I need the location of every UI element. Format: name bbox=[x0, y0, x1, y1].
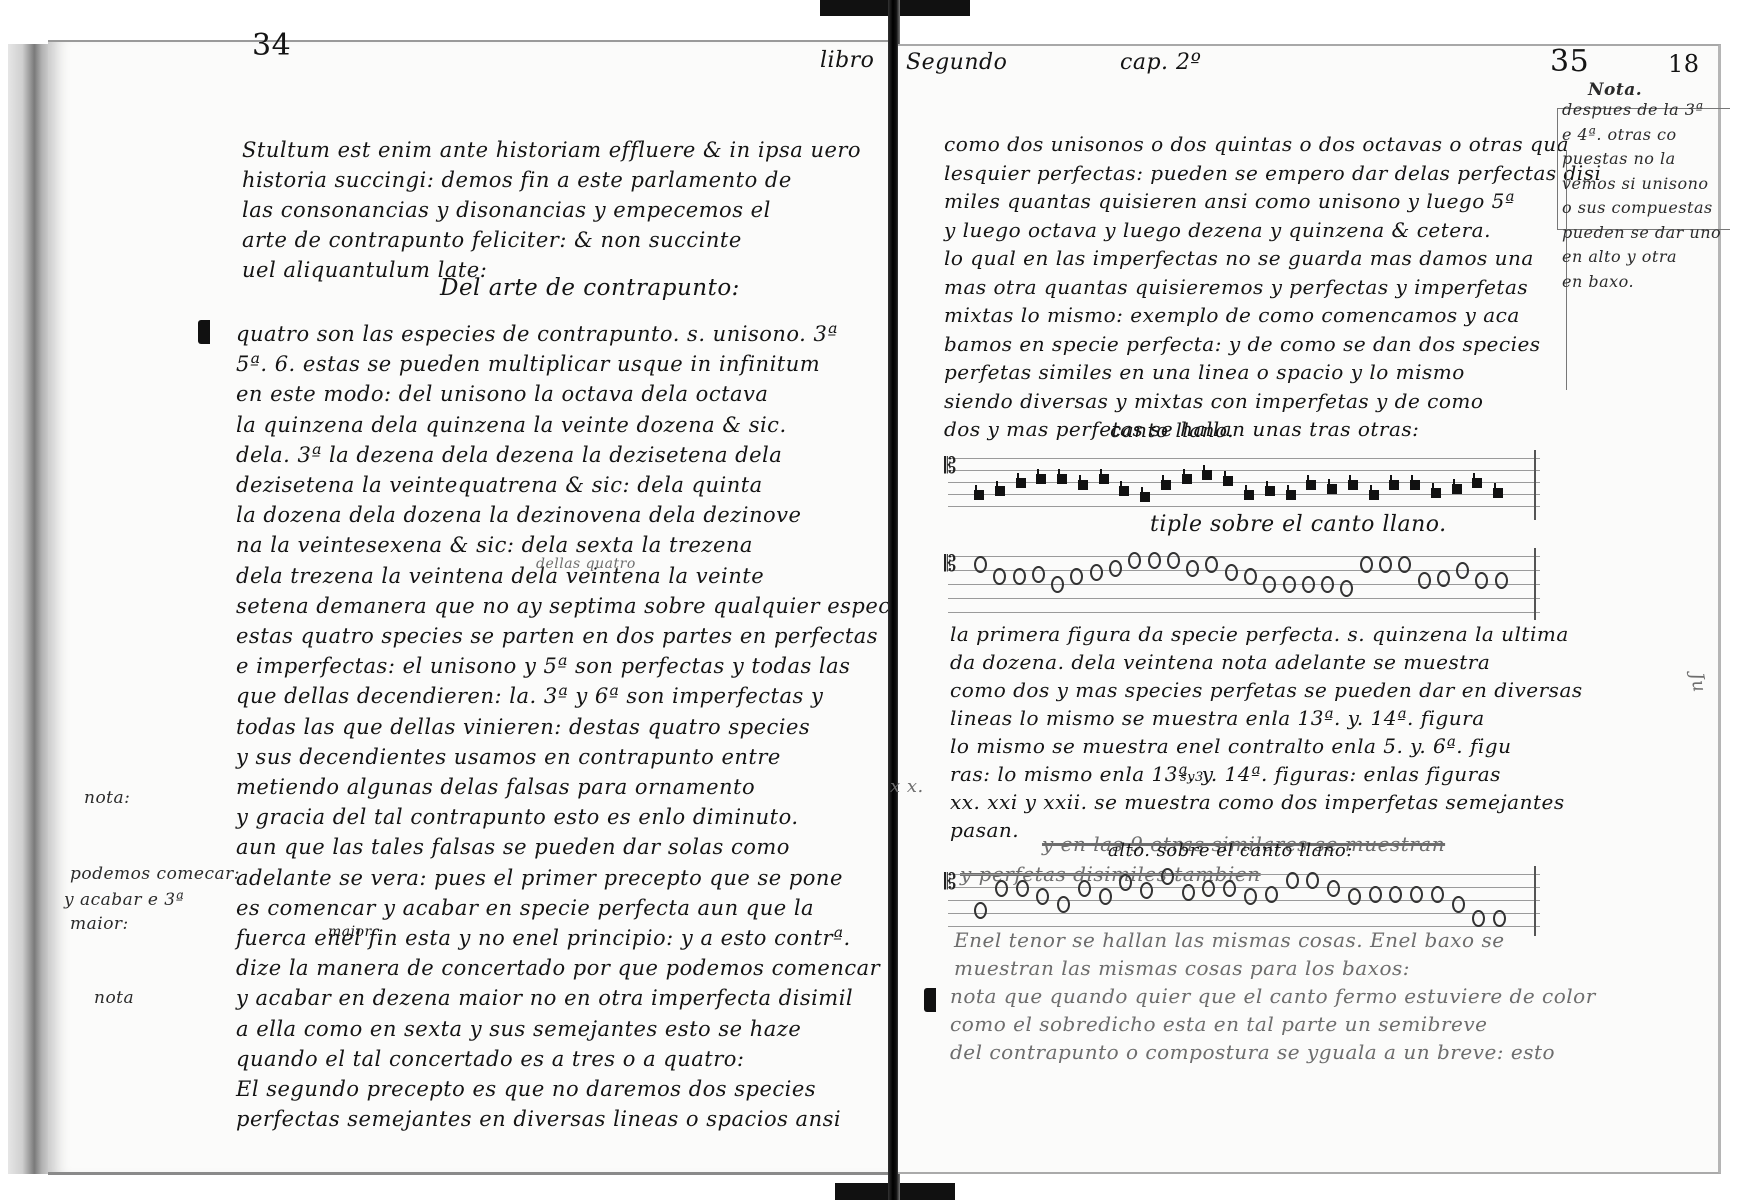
semibreve-note bbox=[1348, 888, 1361, 905]
semibreve-note bbox=[1418, 572, 1431, 589]
text-line: mixtas lo mismo: exemplo de como comenca… bbox=[944, 303, 1520, 327]
text-line: en este modo: del unisono la octava dela… bbox=[236, 382, 768, 406]
staff-line bbox=[948, 584, 1540, 585]
semibreve-note bbox=[1090, 564, 1103, 581]
breve-note bbox=[1369, 490, 1379, 500]
semibreve-note bbox=[1186, 560, 1199, 577]
right-running-head: Segundo bbox=[906, 50, 1007, 75]
staff-line bbox=[948, 506, 1540, 507]
margin-note: nota: bbox=[84, 788, 130, 808]
text-line: la primera figura da specie perfecta. s.… bbox=[950, 622, 1569, 646]
semibreve-note bbox=[1456, 562, 1469, 579]
semibreve-note bbox=[1263, 576, 1276, 593]
semibreve-note bbox=[1099, 888, 1112, 905]
text-line: da dozena. dela veintena nota adelante s… bbox=[950, 650, 1490, 674]
text-line: y acabar en dezena maior no en otra impe… bbox=[236, 986, 853, 1010]
breve-note bbox=[1099, 474, 1109, 484]
semibreve-note bbox=[1472, 910, 1485, 927]
breve-note bbox=[1119, 486, 1129, 496]
text-line: lo mismo se muestra enel contralto enla … bbox=[950, 734, 1511, 758]
semibreve-note bbox=[1475, 572, 1488, 589]
semibreve-note bbox=[1119, 874, 1132, 891]
breve-note bbox=[1286, 490, 1296, 500]
text-line: puestas no la bbox=[1562, 149, 1676, 168]
semibreve-note bbox=[1286, 872, 1299, 889]
staff-label-tiple: tiple sobre el canto llano. bbox=[1150, 512, 1447, 537]
final-barline bbox=[1534, 450, 1536, 520]
semibreve-note bbox=[1223, 880, 1236, 897]
text-line: nota que quando quier que el canto fermo… bbox=[950, 984, 1596, 1008]
text-line: adelante se vera: pues el primer precept… bbox=[236, 866, 843, 890]
right-folio-number: 35 bbox=[1550, 44, 1589, 79]
text-line: perfetas similes en una linea o spacio y… bbox=[944, 360, 1465, 384]
left-margin-mark: x x. bbox=[890, 776, 924, 797]
text-line: en baxo. bbox=[1562, 272, 1634, 291]
semibreve-note bbox=[1265, 886, 1278, 903]
text-line: a ella como en sexta y sus semejantes es… bbox=[236, 1017, 801, 1041]
interlinear-gloss: dellas quatro bbox=[536, 556, 636, 572]
semibreve-note bbox=[1140, 882, 1153, 899]
breve-note bbox=[974, 490, 984, 500]
paragraph-mark-right bbox=[924, 988, 936, 1012]
text-line: la dozena dela dozena la dezinovena dela… bbox=[236, 503, 801, 527]
staff-line bbox=[948, 874, 1540, 875]
paragraph-mark bbox=[198, 320, 210, 344]
text-line: metiendo algunas delas falsas para ornam… bbox=[236, 775, 755, 799]
staff-line bbox=[948, 458, 1540, 459]
final-barline bbox=[1534, 866, 1536, 936]
semibreve-note bbox=[974, 556, 987, 573]
bleed-through-mark: Ju bbox=[1686, 671, 1710, 694]
semibreve-note bbox=[1202, 880, 1215, 897]
manuscript-spread: 34 libro Stultum est enim ante historiam… bbox=[0, 0, 1744, 1200]
staff-line bbox=[948, 612, 1540, 613]
margin-note: nota bbox=[94, 988, 134, 1008]
semibreve-note bbox=[1225, 564, 1238, 581]
semibreve-note bbox=[1321, 576, 1334, 593]
staff-tiple: 𝄡 bbox=[948, 548, 1540, 620]
text-line: Stultum est enim ante historiam effluere… bbox=[242, 138, 861, 162]
staff-canto-llano: 𝄡 bbox=[948, 450, 1540, 520]
semibreve-note bbox=[1493, 910, 1506, 927]
interlinear-gloss-right: sy3 bbox=[1180, 770, 1204, 785]
semibreve-note bbox=[1032, 566, 1045, 583]
text-line: todas las que dellas vinieren: destas qu… bbox=[236, 715, 810, 739]
text-line: que dellas decendieren: la. 3ª y 6ª son … bbox=[236, 684, 823, 708]
text-line: dize la manera de concertado por que pod… bbox=[236, 956, 880, 980]
margin-note-title: Nota. bbox=[1588, 80, 1642, 100]
staff-line bbox=[948, 887, 1540, 888]
staff-line bbox=[948, 926, 1540, 927]
text-line: 5ª. 6. estas se pueden multiplicar usque… bbox=[236, 352, 820, 376]
text-line: miles quantas quisieren ansi como unison… bbox=[944, 189, 1515, 213]
text-line: lineas lo mismo se muestra enla 13ª. y. … bbox=[950, 706, 1485, 730]
semibreve-note bbox=[1495, 572, 1508, 589]
text-line: como el sobredicho esta en tal parte un … bbox=[950, 1012, 1488, 1036]
breve-note bbox=[1431, 488, 1441, 498]
text-line: dela trezena la veintena dela veintena l… bbox=[236, 564, 764, 588]
text-line: e imperfectas: el unisono y 5ª son perfe… bbox=[236, 654, 850, 678]
text-line: bamos en specie perfecta: y de como se d… bbox=[944, 332, 1541, 356]
text-line: las consonancias y disonancias y empecem… bbox=[242, 198, 771, 222]
semibreve-note bbox=[1302, 576, 1315, 593]
interlinear-gloss-maior: maior bbox=[328, 924, 372, 940]
foliation-number: 18 bbox=[1668, 50, 1700, 78]
semibreve-note bbox=[1327, 880, 1340, 897]
semibreve-note bbox=[1036, 888, 1049, 905]
semibreve-note bbox=[1128, 552, 1141, 569]
semibreve-note bbox=[1360, 556, 1373, 573]
semibreve-note bbox=[1244, 888, 1257, 905]
text-line: quatro son las especies de contrapunto. … bbox=[236, 322, 838, 346]
text-line: El segundo precepto es que no daremos do… bbox=[236, 1077, 816, 1101]
left-folio-number: 34 bbox=[252, 28, 291, 63]
breve-note bbox=[1472, 478, 1482, 488]
semibreve-note bbox=[993, 568, 1006, 585]
staff-line bbox=[948, 598, 1540, 599]
semibreve-note bbox=[1340, 580, 1353, 597]
text-line: xx. xxi y xxii. se muestra como dos impe… bbox=[950, 790, 1565, 814]
left-section-heading: Del arte de contrapunto: bbox=[440, 275, 740, 301]
staff-line bbox=[948, 913, 1540, 914]
semibreve-note bbox=[1379, 556, 1392, 573]
semibreve-note bbox=[1051, 576, 1064, 593]
c-clef-icon: 𝄡 bbox=[944, 870, 956, 895]
text-line: como dos y mas species perfetas se puede… bbox=[950, 678, 1583, 702]
breve-note bbox=[1016, 478, 1026, 488]
breve-note bbox=[1306, 480, 1316, 490]
text-line: lo qual en las imperfectas no se guarda … bbox=[944, 246, 1534, 270]
breve-note bbox=[1452, 484, 1462, 494]
text-line: y sus decendientes usamos en contrapunto… bbox=[236, 745, 781, 769]
text-line: muestran las mismas cosas para los baxos… bbox=[954, 956, 1410, 980]
semibreve-note bbox=[974, 902, 987, 919]
semibreve-note bbox=[1182, 884, 1195, 901]
breve-note bbox=[1223, 476, 1233, 486]
text-line: estas quatro species se parten en dos pa… bbox=[236, 624, 878, 648]
text-line: arte de contrapunto feliciter: & non suc… bbox=[242, 228, 742, 252]
breve-note bbox=[1244, 490, 1254, 500]
semibreve-note bbox=[1437, 570, 1450, 587]
text-line: na la veintesexena & sic: dela sexta la … bbox=[236, 533, 753, 557]
final-barline bbox=[1534, 548, 1536, 620]
text-line: dela. 3ª la dezena dela dezena la dezise… bbox=[236, 443, 782, 467]
breve-note bbox=[1161, 480, 1171, 490]
text-line: quando el tal concertado es a tres o a q… bbox=[236, 1047, 744, 1071]
breve-note bbox=[1493, 488, 1503, 498]
text-line: mas otra quantas quisieremos y perfectas… bbox=[944, 275, 1528, 299]
text-line: pueden se dar uno bbox=[1562, 223, 1721, 242]
semibreve-note bbox=[1057, 896, 1070, 913]
breve-note bbox=[1057, 474, 1067, 484]
staff-label-alto: alto. sobre el canto llano: bbox=[1108, 840, 1353, 861]
semibreve-note bbox=[1431, 886, 1444, 903]
text-line: historia succingi: demos fin a este parl… bbox=[242, 168, 792, 192]
margin-note: podemos comecar: bbox=[70, 864, 240, 884]
text-line: y gracia del tal contrapunto esto es enl… bbox=[236, 805, 799, 829]
semibreve-note bbox=[1078, 880, 1091, 897]
c-clef-icon: 𝄡 bbox=[944, 552, 956, 577]
text-line: perfectas semejantes en diversas lineas … bbox=[236, 1107, 841, 1131]
text-line: despues de la 3ª bbox=[1562, 100, 1704, 119]
breve-note bbox=[995, 486, 1005, 496]
text-line: vemos si unisono bbox=[1562, 174, 1709, 193]
margin-note: y acabar e 3ª bbox=[64, 890, 184, 910]
text-line: Enel tenor se hallan las mismas cosas. E… bbox=[954, 928, 1505, 952]
text-line: o sus compuestas bbox=[1562, 198, 1713, 217]
semibreve-note bbox=[1452, 896, 1465, 913]
staff-line bbox=[948, 556, 1540, 557]
text-line: e 4ª. otras co bbox=[1562, 125, 1677, 144]
semibreve-note bbox=[995, 880, 1008, 897]
breve-note bbox=[1182, 474, 1192, 484]
breve-note bbox=[1410, 480, 1420, 490]
semibreve-note bbox=[1244, 568, 1257, 585]
semibreve-note bbox=[1070, 568, 1083, 585]
breve-note bbox=[1389, 480, 1399, 490]
semibreve-note bbox=[1016, 880, 1029, 897]
text-line: pasan. bbox=[950, 818, 1019, 842]
text-line: aun que las tales falsas se pueden dar s… bbox=[236, 835, 790, 859]
text-line: ras: lo mismo enla 13ª. y. 14ª. figuras:… bbox=[950, 762, 1501, 786]
staff-alto: 𝄡 bbox=[948, 866, 1540, 936]
staff-label-canto: canto llano. bbox=[1110, 418, 1234, 442]
breve-note bbox=[1078, 480, 1088, 490]
text-line: y luego octava y luego dezena y quinzena… bbox=[944, 218, 1491, 242]
breve-note bbox=[1265, 486, 1275, 496]
semibreve-note bbox=[1109, 560, 1122, 577]
left-running-head: libro bbox=[820, 48, 874, 73]
text-line: como dos unisonos o dos quintas o dos oc… bbox=[944, 132, 1569, 156]
breve-note bbox=[1036, 474, 1046, 484]
breve-note bbox=[1348, 480, 1358, 490]
text-line: dezisetena la veintequatrena & sic: dela… bbox=[236, 473, 763, 497]
chapter-heading: cap. 2º bbox=[1120, 50, 1201, 75]
c-clef-icon: 𝄡 bbox=[944, 454, 956, 479]
semibreve-note bbox=[1013, 568, 1026, 585]
text-line: del contrapunto o compostura se yguala a… bbox=[950, 1040, 1555, 1064]
semibreve-note bbox=[1369, 886, 1382, 903]
text-line: en alto y otra bbox=[1562, 247, 1677, 266]
breve-note bbox=[1140, 492, 1150, 502]
margin-note: maior: bbox=[70, 914, 129, 934]
semibreve-note bbox=[1167, 552, 1180, 569]
text-line: siendo diversas y mixtas con imperfetas … bbox=[944, 389, 1483, 413]
text-line: la quinzena dela quinzena la veinte doze… bbox=[236, 413, 787, 437]
text-line: lesquier perfectas: pueden se empero dar… bbox=[944, 161, 1601, 185]
text-line: es comencar y acabar en specie perfecta … bbox=[236, 896, 814, 920]
semibreve-note bbox=[1161, 868, 1174, 885]
semibreve-note bbox=[1148, 552, 1161, 569]
semibreve-note bbox=[1283, 576, 1296, 593]
breve-note bbox=[1202, 470, 1212, 480]
breve-note bbox=[1327, 484, 1337, 494]
